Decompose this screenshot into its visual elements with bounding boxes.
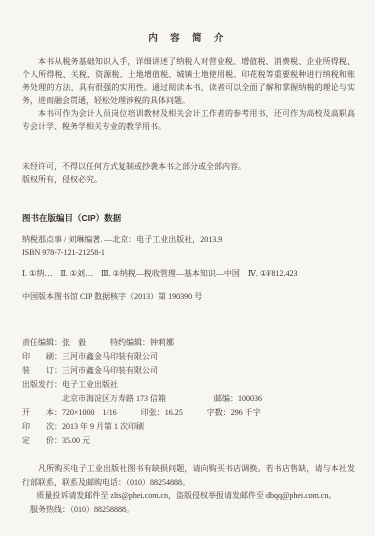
isbn-line: ISBN 978-7-121-21258-1 xyxy=(22,246,355,259)
pubinfo-value: 三河市鑫金马印装有限公司 xyxy=(62,350,158,364)
content-summary-paragraph-1: 本书从税务基础知识入手，详细讲述了纳税人对营业税、增值税、消费税、企业所得税、个… xyxy=(22,55,355,107)
pubinfo-label: 出版发行： xyxy=(22,378,62,392)
pubinfo-row-editor: 责任编辑： 张 毅 特约编辑：钟莉娜 xyxy=(22,336,355,350)
pubinfo-label: 印 次： xyxy=(22,420,62,434)
pubinfo-value: 2013 年 9 月第 1 次印刷 xyxy=(62,420,144,434)
footer-note-complaints: 质量投诉请发邮件至 zlts@phei.com.cn，盗版侵权举报请发邮件至 d… xyxy=(22,489,355,503)
pubinfo-label: 装 订： xyxy=(22,364,62,378)
footer-note-hotline: 服务热线：（010）88258888。 xyxy=(22,503,355,517)
pubinfo-label xyxy=(22,392,62,406)
copyright-notice: 未经许可，不得以任何方式复制或抄袭本书之部分或全部内容。 版权所有，侵权必究。 xyxy=(22,160,355,186)
cip-bibliographic-block: 纳税那点事 / 刘琳编著. —北京：电子工业出版社，2013.9 ISBN 97… xyxy=(22,233,355,259)
pubinfo-row-address: 北京市海淀区万寿路 173 信箱 邮编：100036 xyxy=(22,392,355,406)
content-summary-paragraph-2: 本书可作为会计人员岗位培训教材及相关会计工作者的参考用书，还可作为高校及高职高专… xyxy=(22,107,355,133)
pubinfo-value: 三河市鑫金马印装有限公司 xyxy=(62,364,158,378)
pubinfo-label: 印 刷： xyxy=(22,350,62,364)
footer-note-exchange: 凡所购买电子工业出版社图书有缺损问题，请向购买书店调换。若书店售缺，请与本社发行… xyxy=(22,462,355,489)
cip-heading: 图书在版编目（CIP）数据 xyxy=(22,212,355,224)
pubinfo-value: 35.00 元 xyxy=(62,434,90,448)
publication-info: 责任编辑： 张 毅 特约编辑：钟莉娜 印 刷： 三河市鑫金马印装有限公司 装 订… xyxy=(22,336,355,448)
pubinfo-row-printer: 印 刷： 三河市鑫金马印装有限公司 xyxy=(22,350,355,364)
cip-record-number: 中国版本图书馆 CIP 数据核字（2013）第 190390 号 xyxy=(22,290,355,303)
pubinfo-row-publisher: 出版发行： 电子工业出版社 xyxy=(22,378,355,392)
copyright-notice-line-2: 版权所有，侵权必究。 xyxy=(22,173,355,186)
pubinfo-value: 720×1000 1/16 印张：16.25 字数：296 千字 xyxy=(62,406,261,420)
pubinfo-value: 张 毅 特约编辑：钟莉娜 xyxy=(62,336,174,350)
pubinfo-label: 定 价： xyxy=(22,434,62,448)
pubinfo-row-price: 定 价： 35.00 元 xyxy=(22,434,355,448)
pubinfo-value: 电子工业出版社 xyxy=(62,378,118,392)
purchase-service-notes: 凡所购买电子工业出版社图书有缺损问题，请向购买书店调换。若书店售缺，请与本社发行… xyxy=(22,462,355,516)
pubinfo-row-format: 开 本： 720×1000 1/16 印张：16.25 字数：296 千字 xyxy=(22,406,355,420)
pubinfo-row-binder: 装 订： 三河市鑫金马印装有限公司 xyxy=(22,364,355,378)
pubinfo-label: 责任编辑： xyxy=(22,336,62,350)
copyright-page: 内 容 简 介 本书从税务基础知识入手，详细讲述了纳税人对营业税、增值税、消费税… xyxy=(0,0,375,536)
copyright-notice-line-1: 未经许可，不得以任何方式复制或抄袭本书之部分或全部内容。 xyxy=(22,160,355,173)
pubinfo-value: 北京市海淀区万寿路 173 信箱 邮编：100036 xyxy=(62,392,262,406)
content-summary-title: 内 容 简 介 xyxy=(22,30,355,44)
cip-classification-line: Ⅰ. ①纳… Ⅱ. ①刘… Ⅲ. ①纳税—税收管理—基本知识—中国 Ⅳ. ①F8… xyxy=(22,267,355,280)
pubinfo-label: 开 本： xyxy=(22,406,62,420)
pubinfo-row-print-run: 印 次： 2013 年 9 月第 1 次印刷 xyxy=(22,420,355,434)
cip-bibliographic-line: 纳税那点事 / 刘琳编著. —北京：电子工业出版社，2013.9 xyxy=(22,233,355,246)
